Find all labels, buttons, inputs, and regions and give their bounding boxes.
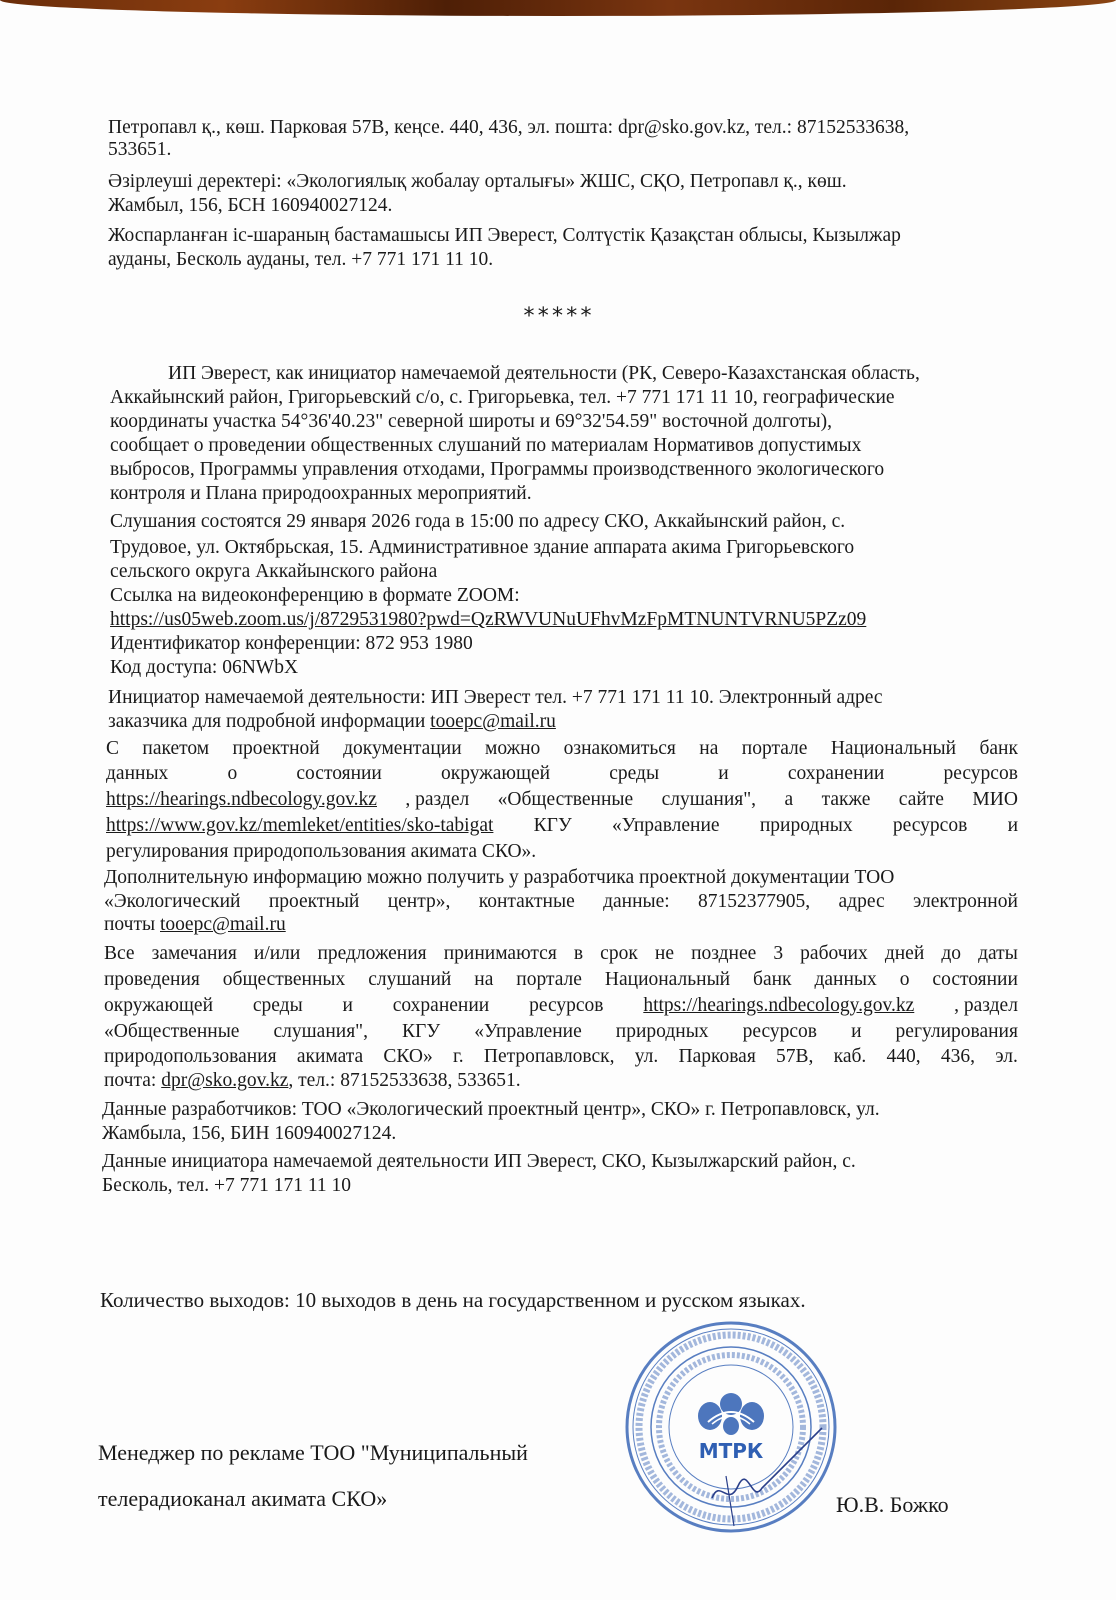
word: Все [104,942,135,966]
word: предложения [317,942,426,966]
word: позднее [691,942,756,966]
word: пакетом [142,737,209,761]
word: «Общественные [104,1020,239,1044]
word: о [227,762,237,786]
word: общественных [223,968,345,992]
initiator-data-line-2: Бесколь, тел. +7 771 171 11 10 [102,1174,351,1198]
word: природопользования [104,1045,277,1069]
word: 3 [773,942,783,966]
word: банк [753,968,792,992]
additional-line-2: «Экологический проектный центр», контакт… [104,890,1018,914]
word: состоянии [932,968,1017,992]
word: Парковая [679,1045,756,1069]
initiator-line-2: заказчика для подробной информации tooep… [108,710,556,734]
p1-line-3: координаты участка 54°36'40.23" северной… [110,410,832,434]
word: центр», [388,890,451,914]
word: в [574,942,583,966]
word: данных [106,762,168,786]
developers-line-1: Данные разработчиков: ТОО «Экологический… [102,1098,880,1122]
header-kz-line-2: 533651. [108,138,171,162]
initiator-line-1: Инициатор намечаемой деятельности: ИП Эв… [108,686,883,710]
developer-email-link[interactable]: tooepc@mail.ru [160,914,286,935]
remarks-line-3: окружающей среды и сохранении ресурсов h… [104,994,1018,1018]
signatory-name: Ю.В. Божко [836,1492,949,1518]
word: и [851,1020,861,1044]
company-stamp: МТРК [622,1318,840,1536]
word: до [941,942,961,966]
word: на [474,968,493,992]
hearing-line-3: сельского округа Аккайынского района [110,560,437,584]
header-kz-line-1: Петропавл қ., көш. Парковая 57В, кеңсе. … [108,116,909,140]
dpr-email-link[interactable]: dpr@sko.gov.kz [161,1070,288,1091]
document-page: Петропавл қ., көш. Парковая 57В, кеңсе. … [0,0,1116,1600]
initiator-email-link[interactable]: tooepc@mail.ru [430,711,556,732]
p1-line-6: контроля и Плана природоохранных меропри… [110,482,532,506]
zoom-link-row: https://us05web.zoom.us/j/8729531980?pwd… [110,608,866,632]
word: каб. [834,1045,867,1069]
stamp-seal-icon: МТРК [622,1318,840,1536]
p1-line-4: сообщает о проведении общественных слуша… [110,434,861,458]
word: данных [814,968,876,992]
word: «Экологический [104,890,240,914]
remarks-line-5: природопользования акимата СКО» г. Петро… [104,1045,1018,1069]
word: также [822,788,871,812]
word: 436, [941,1045,975,1069]
additional-line-3: почты tooepc@mail.ru [104,913,286,937]
remarks-line-6-prefix: почта: [104,1070,161,1091]
package-line-5: регулирования природопользования акимата… [106,840,536,864]
package-line-1: С пакетом проектной документации можно о… [106,737,1018,761]
word: и [718,762,728,786]
word: слушаний [368,968,451,992]
word: портале [742,737,808,761]
word: природных [616,1020,709,1044]
word: среды [609,762,659,786]
word: не [655,942,674,966]
zoom-link[interactable]: https://us05web.zoom.us/j/8729531980?pwd… [110,609,866,630]
word: документации [343,737,462,761]
initiator-line-2-prefix: заказчика для подробной информации [108,711,430,732]
remarks-line-6-rest: , тел.: 87152533638, 533651. [288,1070,520,1091]
word: Петропавловск, [484,1045,615,1069]
additional-line-3-prefix: почты [104,914,160,935]
additional-line-1: Дополнительную информацию можно получить… [104,866,894,890]
word: «Общественные [498,788,633,812]
p1-line-1: ИП Эверест, как инициатор намечаемой дея… [168,362,920,386]
stamp-center-text: МТРК [699,1439,764,1463]
word: ресурсов [743,1020,817,1044]
word: МИО [972,788,1018,812]
signature-position-line-2: телерадиоканал акимата СКО» [98,1486,387,1512]
word: даты [978,942,1018,966]
word: на [699,737,718,761]
word: 57В, [776,1045,813,1069]
word: данные: [603,890,670,914]
broadcast-count: Количество выходов: 10 выходов в день на… [100,1288,806,1313]
remarks-line-2: проведения общественных слушаний на порт… [104,968,1018,992]
word: контактные [479,890,575,914]
word: проведения [104,968,200,992]
word: С [106,737,119,761]
word: о [900,968,910,992]
word: замечания [152,942,237,966]
p1-line-5: выбросов, Программы управления отходами,… [110,458,884,482]
word: , раздел [954,994,1018,1018]
word: окружающей [104,994,213,1018]
remarks-line-1: Все замечания и/или предложения принимаю… [104,942,1018,966]
word: Национальный [605,968,730,992]
word: КГУ [402,1020,440,1044]
ndbecology-link[interactable]: https://hearings.ndbecology.gov.kz [106,788,377,812]
word: рабочих [800,942,868,966]
remarks-line-4: «Общественные слушания", КГУ «Управление… [104,1020,1018,1044]
word: слушания", [274,1020,368,1044]
word: проектный [269,890,360,914]
word: акимата [297,1045,363,1069]
word: 440, [887,1045,921,1069]
word: принимаются [444,942,557,966]
word: проектной [233,737,320,761]
word: ресурсов [893,814,967,838]
signature-position-line-1: Менеджер по рекламе ТОО "Муниципальный [98,1440,528,1466]
header-kz-line-3: Әзірлеуші деректері: «Экологиялық жобала… [108,170,847,194]
header-kz-line-6: ауданы, Бесколь ауданы, тел. +7 771 171 … [108,248,493,272]
ndbecology-link-2[interactable]: https://hearings.ndbecology.gov.kz [643,994,914,1018]
word: адрес [839,890,885,914]
word: ресурсов [944,762,1018,786]
word: портале [516,968,582,992]
header-kz-line-5: Жоспарланған іс-шараның бастамашысы ИП Э… [108,224,901,248]
word: слушания", [662,788,756,812]
word: «Управление [474,1020,582,1044]
word: 87152377905, [698,890,810,914]
word: «Управление [612,814,720,838]
word: КГУ [534,814,572,838]
word: г. [453,1045,464,1069]
word: и [343,994,353,1018]
word: и [1008,814,1018,838]
package-line-3: https://hearings.ndbecology.gov.kz , раз… [106,788,1018,812]
word: сохранении [788,762,884,786]
hearing-line-1: Слушания состоятся 29 января 2026 года в… [110,510,845,534]
word: состоянии [296,762,381,786]
word: срок [600,942,638,966]
access-code: Код доступа: 06NWbX [110,656,298,680]
initiator-data-line-1: Данные инициатора намечаемой деятельност… [102,1150,856,1174]
separator-stars: ***** [0,304,1116,329]
word: природных [760,814,853,838]
remarks-line-6: почта: dpr@sko.gov.kz, тел.: 87152533638… [104,1069,521,1093]
word: электронной [913,890,1018,914]
word: дней [885,942,924,966]
zoom-label: Ссылка на видеоконференцию в формате ZOO… [110,584,520,608]
word: сохранении [393,994,489,1018]
word: ул. [635,1045,659,1069]
word: среды [253,994,303,1018]
package-line-4: https://www.gov.kz/memleket/entities/sko… [106,814,1018,838]
gov-kz-link[interactable]: https://www.gov.kz/memleket/entities/sko… [106,814,493,838]
header-kz-line-4: Жамбыл, 156, БСН 160940027124. [108,194,392,218]
word: можно [485,737,540,761]
word: регулирования [896,1020,1018,1044]
word: ресурсов [529,994,603,1018]
word: , раздел [405,788,469,812]
package-line-2: данных о состоянии окружающей среды и со… [106,762,1018,786]
word: Национальный [831,737,956,761]
p1-line-2: Аккайынский район, Григорьевский с/о, с.… [110,386,895,410]
word: окружающей [441,762,550,786]
word: сайте [899,788,944,812]
hearing-line-2: Трудовое, ул. Октябрьская, 15. Администр… [110,536,854,560]
developers-line-2: Жамбыла, 156, БИН 160940027124. [102,1122,396,1146]
word: эл. [995,1045,1018,1069]
word: СКО» [383,1045,432,1069]
word: а [785,788,794,812]
word: банк [979,737,1018,761]
word: ознакомиться [564,737,676,761]
word: и/или [254,942,300,966]
conference-id: Идентификатор конференции: 872 953 1980 [110,632,473,656]
